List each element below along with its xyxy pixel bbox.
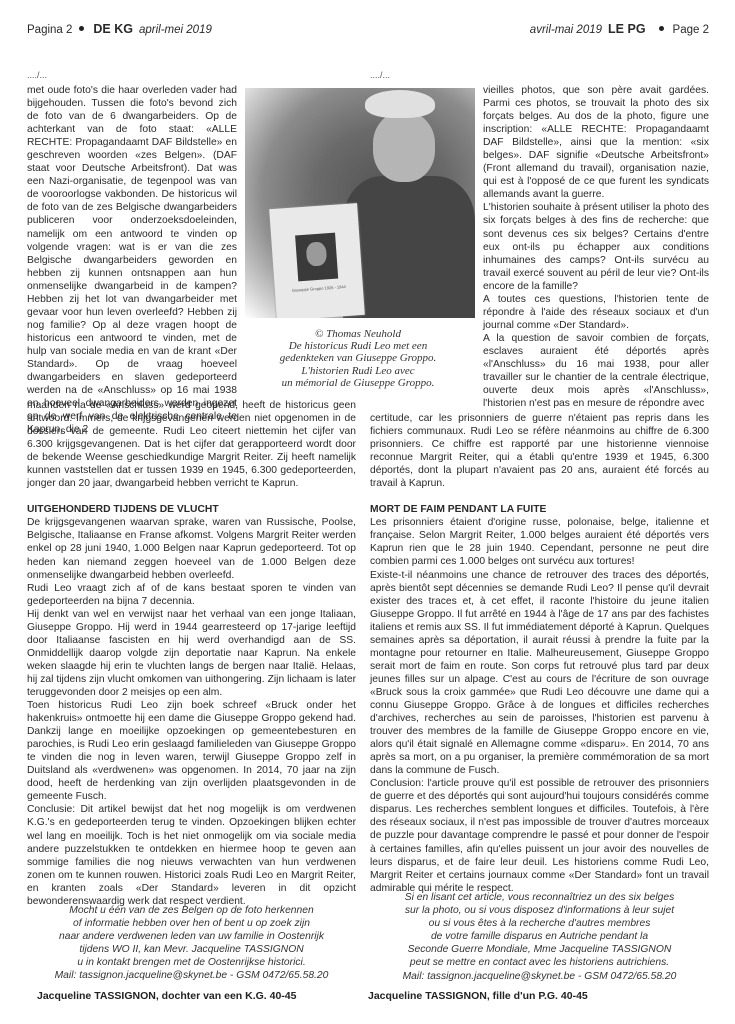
issue-date: april-mei 2019	[139, 24, 212, 36]
page-number: Pagina 2	[27, 24, 72, 36]
bullet-icon	[79, 26, 84, 31]
french-narrow-text: vieilles photos, que son père avait gard…	[483, 84, 709, 410]
bullet-icon	[659, 26, 664, 31]
publication-name: LE PG	[608, 22, 646, 36]
continued-marker: ..../...	[370, 70, 390, 80]
photo-caption: © Thomas Neuhold De historicus Rudi Leo …	[248, 328, 468, 389]
publication-name: DE KG	[93, 22, 133, 36]
author-signature: Jacqueline TASSIGNON, fille d'un P.G. 40…	[368, 990, 588, 1002]
article-photo: Giuseppe Groppo 1926 - 1944	[245, 88, 475, 318]
dutch-contact-appeal: Mocht u één van de zes Belgen op de foto…	[27, 904, 356, 983]
page-header-dutch: Pagina 2DE KGapril-mei 2019	[27, 22, 212, 36]
dutch-narrow-text: met oude foto's die haar overleden vader…	[27, 84, 237, 436]
section-heading: MORT DE FAIM PENDANT LA FUITE	[370, 503, 709, 516]
french-article-body: certitude, car les prisonniers de guerre…	[370, 412, 709, 895]
author-signature: Jacqueline TASSIGNON, dochter van een K.…	[37, 990, 296, 1002]
continued-marker: ..../...	[27, 70, 47, 80]
issue-date: avril-mai 2019	[530, 24, 602, 36]
page-number: Page 2	[673, 24, 709, 36]
section-heading: UITGEHONDERD TIJDENS DE VLUCHT	[27, 503, 356, 516]
page-header-french: avril-mai 2019LE PGPage 2	[530, 22, 709, 36]
dutch-article-body: maanden na de «Anschluss» werd geopend, …	[27, 399, 356, 908]
memorial-card: Giuseppe Groppo 1926 - 1944	[269, 203, 365, 318]
french-contact-appeal: Si en lisant cet article, vous reconnaît…	[370, 891, 709, 983]
portrait-image	[295, 233, 338, 282]
